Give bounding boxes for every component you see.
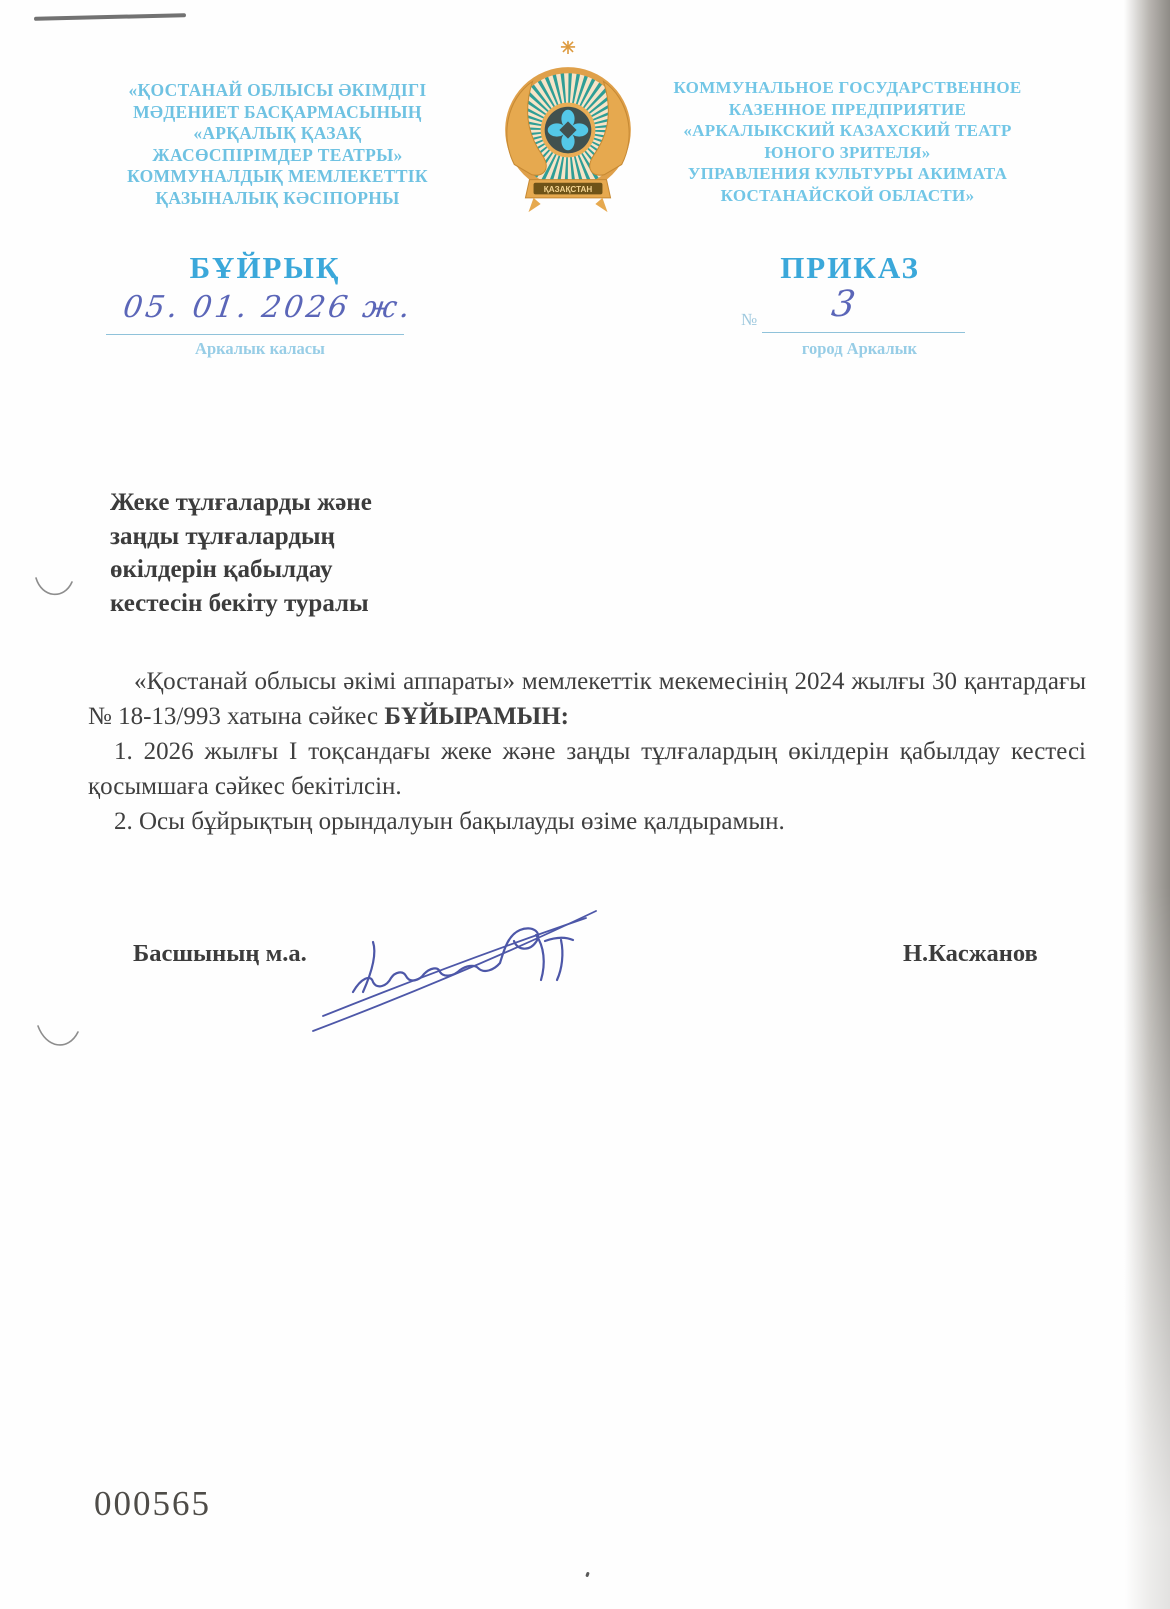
letterhead-russian-line: КОСТАНАЙСКОЙ ОБЛАСТИ» [645,185,1050,207]
subject-line: Жеке тұлғаларды және [110,486,460,520]
intro-bold-word: БҰЙЫРАМЫН: [384,703,569,730]
place-russian: город Аркалык [742,339,977,359]
signer-name: Н.Касжанов [903,940,1038,968]
order-body: «Қостанай облысы әкімі аппараты» мемлеке… [88,664,1086,839]
subject-line: өкілдерін қабылдау [110,553,460,587]
intro-paragraph: «Қостанай облысы әкімі аппараты» мемлеке… [88,664,1086,734]
letterhead-kazakh-line: «АРҚАЛЫҚ ҚАЗАҚ [70,123,485,145]
letterhead-kazakh-line: КОММУНАЛДЫҚ МЕМЛЕКЕТТІК [70,166,485,188]
handwritten-number: 3 [829,284,858,325]
letterhead-russian-line: УПРАВЛЕНИЯ КУЛЬТУРЫ АКИМАТА [645,163,1050,185]
date-underline [106,334,404,335]
handwritten-signature [293,878,605,1046]
letterhead-kazakh-line: ҚАЗЫНАЛЫҚ КӘСІПОРНЫ [70,188,485,210]
signer-role: Басшының м.а. [133,940,307,968]
intro-text: «Қостанай облысы әкімі аппараты» мемлеке… [88,668,1086,730]
letterhead-kazakh-line: МӘДЕНИЕТ БАСҚАРМАСЫНЫҢ [70,102,485,124]
place-kazakh: Аркалык каласы [115,339,405,359]
letterhead-kazakh-line: ЖАСӨСПІРІМДЕР ТЕАТРЫ» [70,145,485,167]
letterhead-russian-line: «АРКАЛЫКСКИЙ КАЗАХСКИЙ ТЕАТР [645,120,1050,142]
scan-edge-shadow [1124,0,1170,1609]
scan-artifact-line [34,13,186,21]
margin-arc-mark [32,570,76,604]
number-underline [762,332,965,333]
handwritten-date: 05. 01. 2026 ж. [116,290,421,325]
subject-line: кестесін бекіту туралы [110,587,460,621]
letterhead-russian-line: КОММУНАЛЬНОЕ ГОСУДАРСТВЕННОЕ [645,77,1050,99]
order-item-2: 2. Осы бұйрықтың орындалуын бақылауды өз… [88,804,1086,839]
letterhead-kazakh-line: «ҚОСТАНАЙ ОБЛЫСЫ ӘКІМДІГІ [70,80,485,102]
order-title-kazakh: БҰЙРЫҚ [125,250,405,286]
emblem-banner-text: ҚАЗАҚСТАН [544,185,593,194]
subject-line: заңды тұлғалардың [110,520,460,554]
number-label: № [741,310,757,330]
kazakhstan-coat-of-arms-icon: ҚАЗАҚСТАН [492,38,644,220]
letterhead-russian-line: КАЗЕННОЕ ПРЕДПРИЯТИЕ [645,99,1050,121]
order-title-russian: ПРИКАЗ [705,250,995,286]
order-item-1: 1. 2026 жылғы I тоқсандағы жеке және заң… [88,734,1086,804]
letterhead-kazakh: «ҚОСТАНАЙ ОБЛЫСЫ ӘКІМДІГІ МӘДЕНИЕТ БАСҚА… [70,80,485,209]
letterhead-russian: КОММУНАЛЬНОЕ ГОСУДАРСТВЕННОЕ КАЗЕННОЕ ПР… [645,77,1050,206]
order-subject: Жеке тұлғаларды және заңды тұлғалардың ө… [110,486,460,620]
document-serial-number: 000565 [94,1484,211,1524]
ink-speck [585,1572,590,1578]
scanned-document-page: «ҚОСТАНАЙ ОБЛЫСЫ ӘКІМДІГІ МӘДЕНИЕТ БАСҚА… [0,0,1170,1609]
letterhead-russian-line: ЮНОГО ЗРИТЕЛЯ» [645,142,1050,164]
margin-arc-mark [34,1016,82,1056]
